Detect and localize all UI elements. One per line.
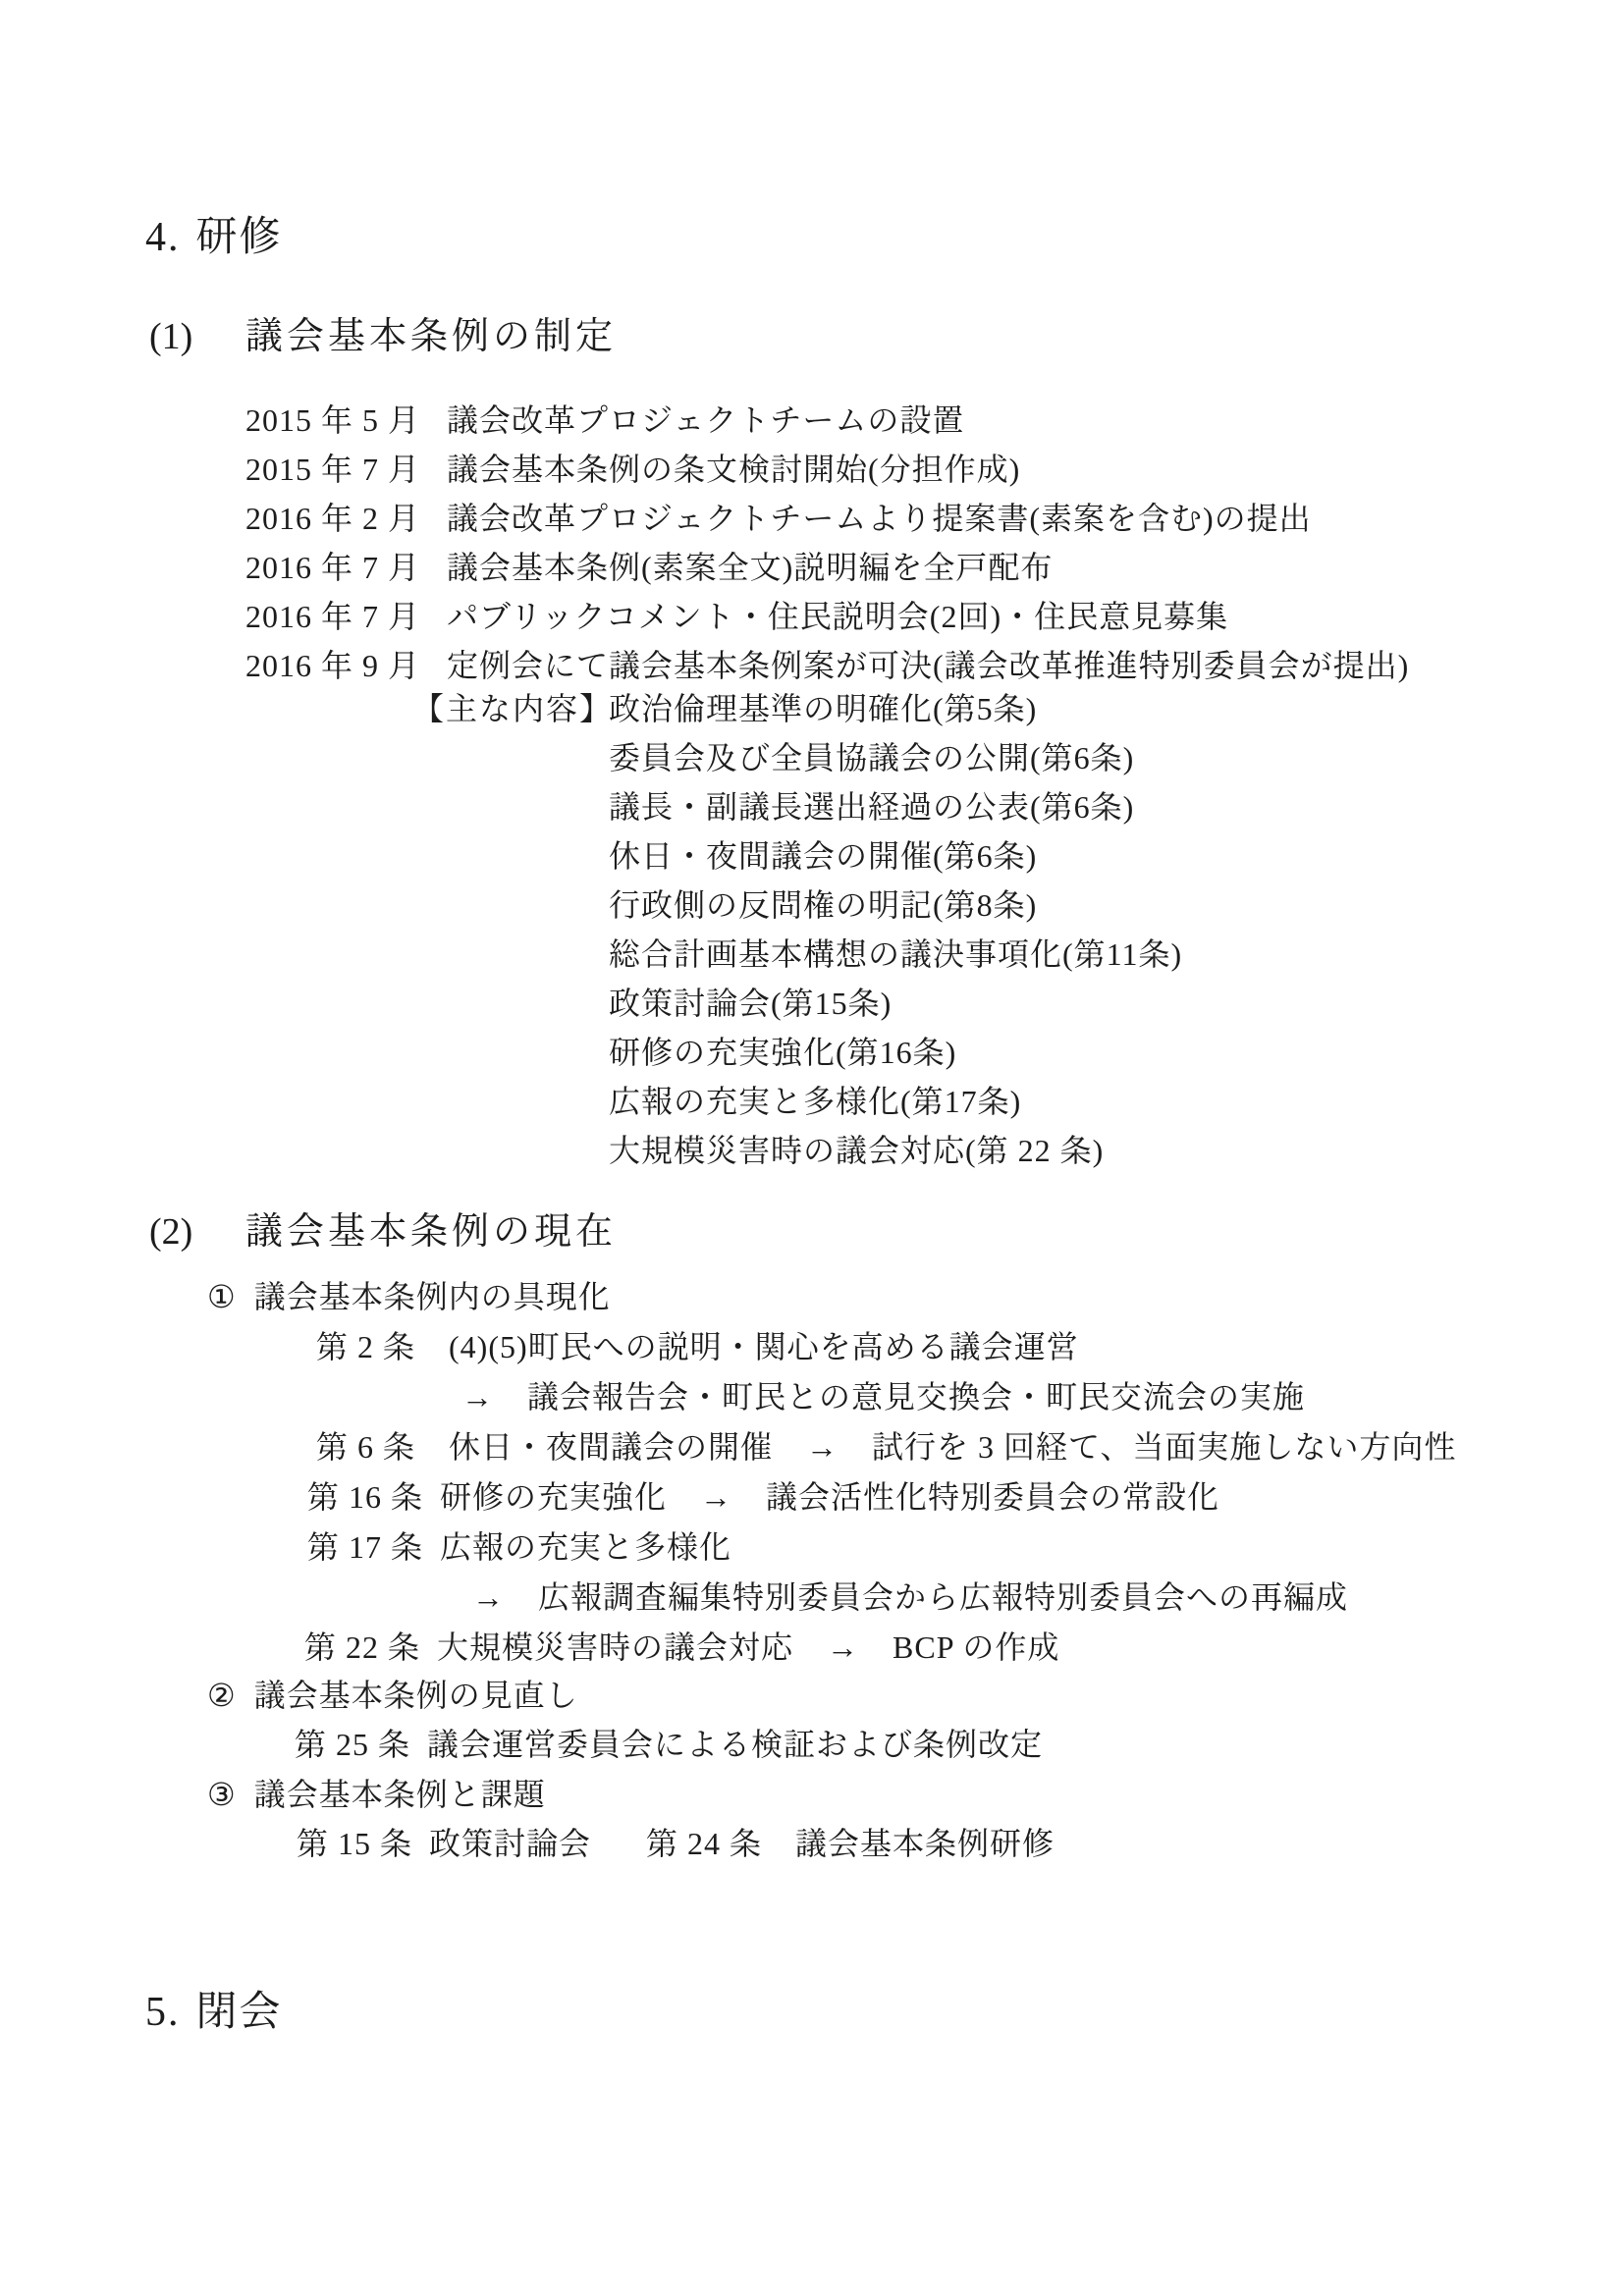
timeline-date: 2015 年 7 月	[245, 445, 447, 494]
highlight-item: 行政側の反問権の明記(第8条)	[609, 881, 1182, 930]
timeline-date: 2016 年 7 月	[245, 592, 447, 641]
section-title: 研修	[196, 215, 283, 260]
article-text: 広報の充実と多様化	[440, 1529, 731, 1565]
highlight-item: 委員会及び全員協議会の公開(第6条)	[609, 733, 1182, 782]
highlight-item: 広報の充実と多様化(第17条)	[609, 1077, 1182, 1126]
timeline-row: 2016 年 7 月議会基本条例(素案全文)説明編を全戸配布	[245, 543, 1409, 592]
group-marker-row: ①議会基本条例内の具現化	[207, 1272, 1456, 1322]
article-number: 第 22 条	[304, 1623, 437, 1673]
highlight-item: 総合計画基本構想の議決事項化(第11条)	[609, 930, 1182, 979]
timeline: 2015 年 5 月議会改革プロジェクトチームの設置 2015 年 7 月議会基…	[245, 396, 1409, 690]
timeline-event: 定例会にて議会基本条例案が可決(議会改革推進特別委員会が提出)	[447, 648, 1409, 683]
group-review: ②議会基本条例の見直し 第 25 条議会運営委員会による検証および条例改定	[0, 1671, 1043, 1769]
subsection-label: (2)	[149, 1209, 245, 1255]
highlight-item: 政治倫理基準の明確化(第5条)	[609, 691, 1037, 726]
timeline-row: 2016 年 7 月パブリックコメント・住民説明会(2回)・住民意見募集	[245, 592, 1409, 641]
group-marker-row: ②議会基本条例の見直し	[207, 1671, 1043, 1720]
highlight-item: 研修の充実強化(第16条)	[609, 1028, 1182, 1077]
arrow-row: →議会報告会・町民との意見交換会・町民交流会の実施	[461, 1372, 1456, 1422]
article-row: 第 16 条研修の充実強化→議会活性化特別委員会の常設化	[307, 1472, 1456, 1522]
group-issues: ③議会基本条例と課題 第 15 条政策討論会第 24 条議会基本条例研修	[0, 1770, 1055, 1868]
article-number: 第 15 条	[297, 1819, 429, 1868]
article-number: 第 6 条	[316, 1422, 449, 1472]
group-marker: ②	[207, 1678, 237, 1713]
article-row: 第 17 条広報の充実と多様化	[307, 1522, 1456, 1573]
subsection-label: (1)	[149, 314, 245, 359]
group-marker-row: ③議会基本条例と課題	[207, 1770, 1055, 1819]
arrow-text: 広報調査編集特別委員会から広報特別委員会への再編成	[538, 1579, 1348, 1615]
arrow-icon: →	[700, 1479, 732, 1515]
main-contents-first-row: 【主な内容】政治倫理基準の明確化(第5条)	[412, 684, 1182, 733]
arrow-icon: →	[461, 1379, 494, 1415]
timeline-date: 2016 年 2 月	[245, 494, 447, 543]
highlight-item: 議長・副議長選出経過の公表(第6条)	[609, 782, 1182, 831]
article-text: (4)(5)町民への説明・関心を高める議会運営	[449, 1329, 1079, 1364]
article-row: 第 6 条休日・夜間議会の開催→試行を 3 回経て、当面実施しない方向性	[316, 1422, 1456, 1472]
section-title: 閉会	[196, 1990, 283, 2035]
timeline-date: 2016 年 7 月	[245, 543, 447, 592]
article-number: 第 25 条	[295, 1720, 427, 1769]
section-heading-training: 4.研修	[145, 214, 283, 261]
article-text: 議会基本条例研修	[795, 1826, 1055, 1861]
subsection-heading-present: (2)議会基本条例の現在	[149, 1209, 617, 1255]
article-text: 政策討論会	[429, 1826, 591, 1861]
timeline-event: 議会改革プロジェクトチームより提案書(素案を含む)の提出	[447, 501, 1312, 536]
arrow-row: →広報調査編集特別委員会から広報特別委員会への再編成	[472, 1573, 1456, 1623]
group-realization: ①議会基本条例内の具現化 第 2 条(4)(5)町民への説明・関心を高める議会運…	[0, 1272, 1456, 1673]
article-row: 第 25 条議会運営委員会による検証および条例改定	[295, 1720, 1043, 1769]
article-number: 第 16 条	[307, 1472, 440, 1522]
timeline-row: 2016 年 9 月定例会にて議会基本条例案が可決(議会改革推進特別委員会が提出…	[245, 641, 1409, 690]
article-result: 試行を 3 回経て、当面実施しない方向性	[872, 1429, 1456, 1465]
arrow-icon: →	[472, 1579, 505, 1615]
timeline-row: 2015 年 5 月議会改革プロジェクトチームの設置	[245, 396, 1409, 445]
article-text: 大規模災害時の議会対応	[437, 1629, 793, 1665]
group-title: 議会基本条例の見直し	[254, 1678, 578, 1713]
group-marker: ①	[207, 1279, 237, 1314]
section-number: 4.	[145, 215, 181, 260]
highlight-item: 政策討論会(第15条)	[609, 979, 1182, 1028]
subsection-title: 議会基本条例の制定	[245, 316, 617, 357]
subsection-title: 議会基本条例の現在	[245, 1211, 617, 1253]
timeline-row: 2015 年 7 月議会基本条例の条文検討開始(分担作成)	[245, 445, 1409, 494]
group-title: 議会基本条例と課題	[254, 1777, 546, 1812]
timeline-event: 議会改革プロジェクトチームの設置	[447, 402, 964, 438]
subsection-heading-establishment: (1)議会基本条例の制定	[149, 314, 617, 359]
timeline-event: 議会基本条例の条文検討開始(分担作成)	[447, 452, 1020, 487]
article-number: 第 17 条	[307, 1522, 440, 1573]
article-row: 第 15 条政策討論会第 24 条議会基本条例研修	[297, 1819, 1055, 1868]
timeline-date: 2016 年 9 月	[245, 641, 447, 690]
group-marker: ③	[207, 1777, 237, 1812]
document-page: 4.研修 (1)議会基本条例の制定 2015 年 5 月議会改革プロジェクトチー…	[0, 0, 1624, 2296]
article-text: 休日・夜間議会の開催	[449, 1429, 773, 1465]
article-number: 第 24 条	[646, 1826, 762, 1861]
main-contents-label: 【主な内容】	[412, 684, 609, 733]
timeline-event: 議会基本条例(素案全文)説明編を全戸配布	[447, 550, 1053, 585]
article-row: 第 2 条(4)(5)町民への説明・関心を高める議会運営	[316, 1322, 1456, 1372]
article-result: 議会活性化特別委員会の常設化	[766, 1479, 1219, 1515]
timeline-row: 2016 年 2 月議会改革プロジェクトチームより提案書(素案を含む)の提出	[245, 494, 1409, 543]
timeline-event: パブリックコメント・住民説明会(2回)・住民意見募集	[447, 599, 1228, 634]
article-text: 議会運営委員会による検証および条例改定	[427, 1727, 1043, 1762]
article-row: 第 22 条大規模災害時の議会対応→BCP の作成	[304, 1623, 1456, 1673]
arrow-icon: →	[806, 1429, 839, 1465]
article-text: 研修の充実強化	[440, 1479, 667, 1515]
arrow-text: 議会報告会・町民との意見交換会・町民交流会の実施	[527, 1379, 1305, 1415]
arrow-icon: →	[827, 1629, 859, 1665]
timeline-date: 2015 年 5 月	[245, 396, 447, 445]
group-title: 議会基本条例内の具現化	[254, 1279, 611, 1314]
section-number: 5.	[145, 1990, 181, 2035]
section-heading-closing: 5.閉会	[145, 1989, 283, 2036]
main-contents: 【主な内容】政治倫理基準の明確化(第5条) 委員会及び全員協議会の公開(第6条)…	[412, 684, 1182, 1175]
article-number: 第 2 条	[316, 1322, 449, 1372]
highlight-item: 大規模災害時の議会対応(第 22 条)	[609, 1126, 1182, 1175]
article-result: BCP の作成	[893, 1629, 1059, 1665]
highlight-item: 休日・夜間議会の開催(第6条)	[609, 831, 1182, 881]
